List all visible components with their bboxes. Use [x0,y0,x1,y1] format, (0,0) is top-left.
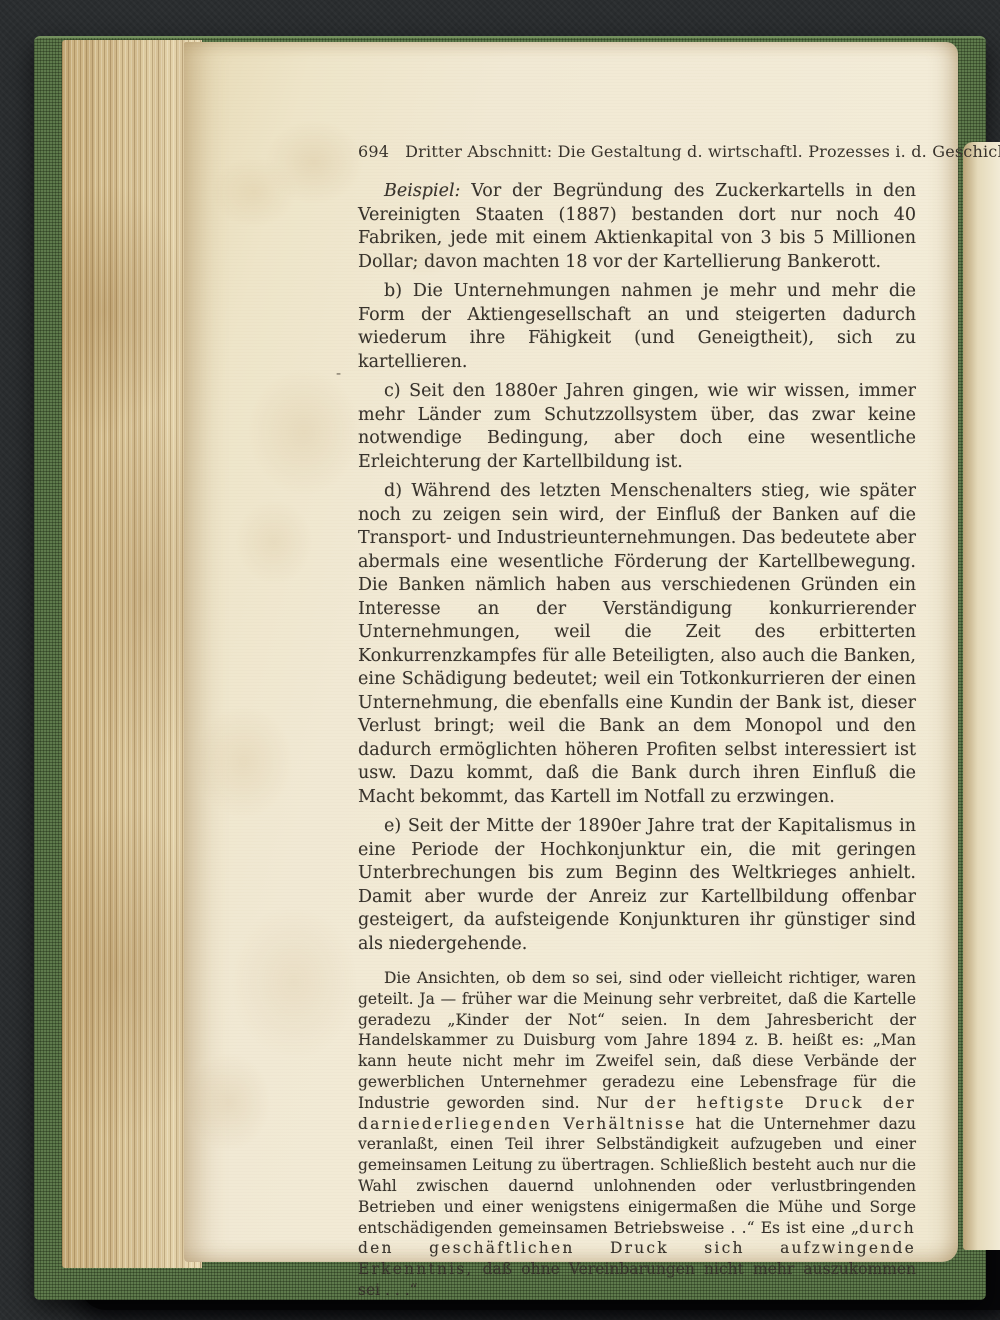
text-block: 694 Dritter Abschnitt: Die Gestaltung d.… [358,142,916,1301]
page-edges-stack [62,40,202,1268]
paragraph-beispiel: Beispiel: Vor der Begründung des Zuckerk… [358,180,916,274]
paragraph-small-print: Die Ansichten, ob dem so sei, sind oder … [358,968,916,1301]
paragraph-item-c: c) Seit den 1880er Jahren gingen, wie wi… [358,380,916,474]
margin-mark: - [336,364,341,382]
facing-page-edge [963,142,1000,1250]
running-header-title: Dritter Abschnitt: Die Gestaltung d. wir… [405,142,1000,162]
small-print-text-1: Die Ansichten, ob dem so sei, sind oder … [358,969,916,1112]
paragraph-item-d: d) Während des letzten Menschenalters st… [358,480,916,809]
book-page: - 694 Dritter Abschnitt: Die Gestaltung … [184,42,958,1262]
paragraph-item-e: e) Seit der Mitte der 1890er Jahre trat … [358,815,916,956]
running-header: 694 Dritter Abschnitt: Die Gestaltung d.… [358,142,916,162]
beispiel-lead: Beispiel: [384,181,460,201]
paragraph-item-b: b) Die Unternehmungen nahmen je mehr und… [358,280,916,374]
page-number: 694 [358,142,389,162]
photo-backdrop: - 694 Dritter Abschnitt: Die Gestaltung … [0,0,1000,1320]
